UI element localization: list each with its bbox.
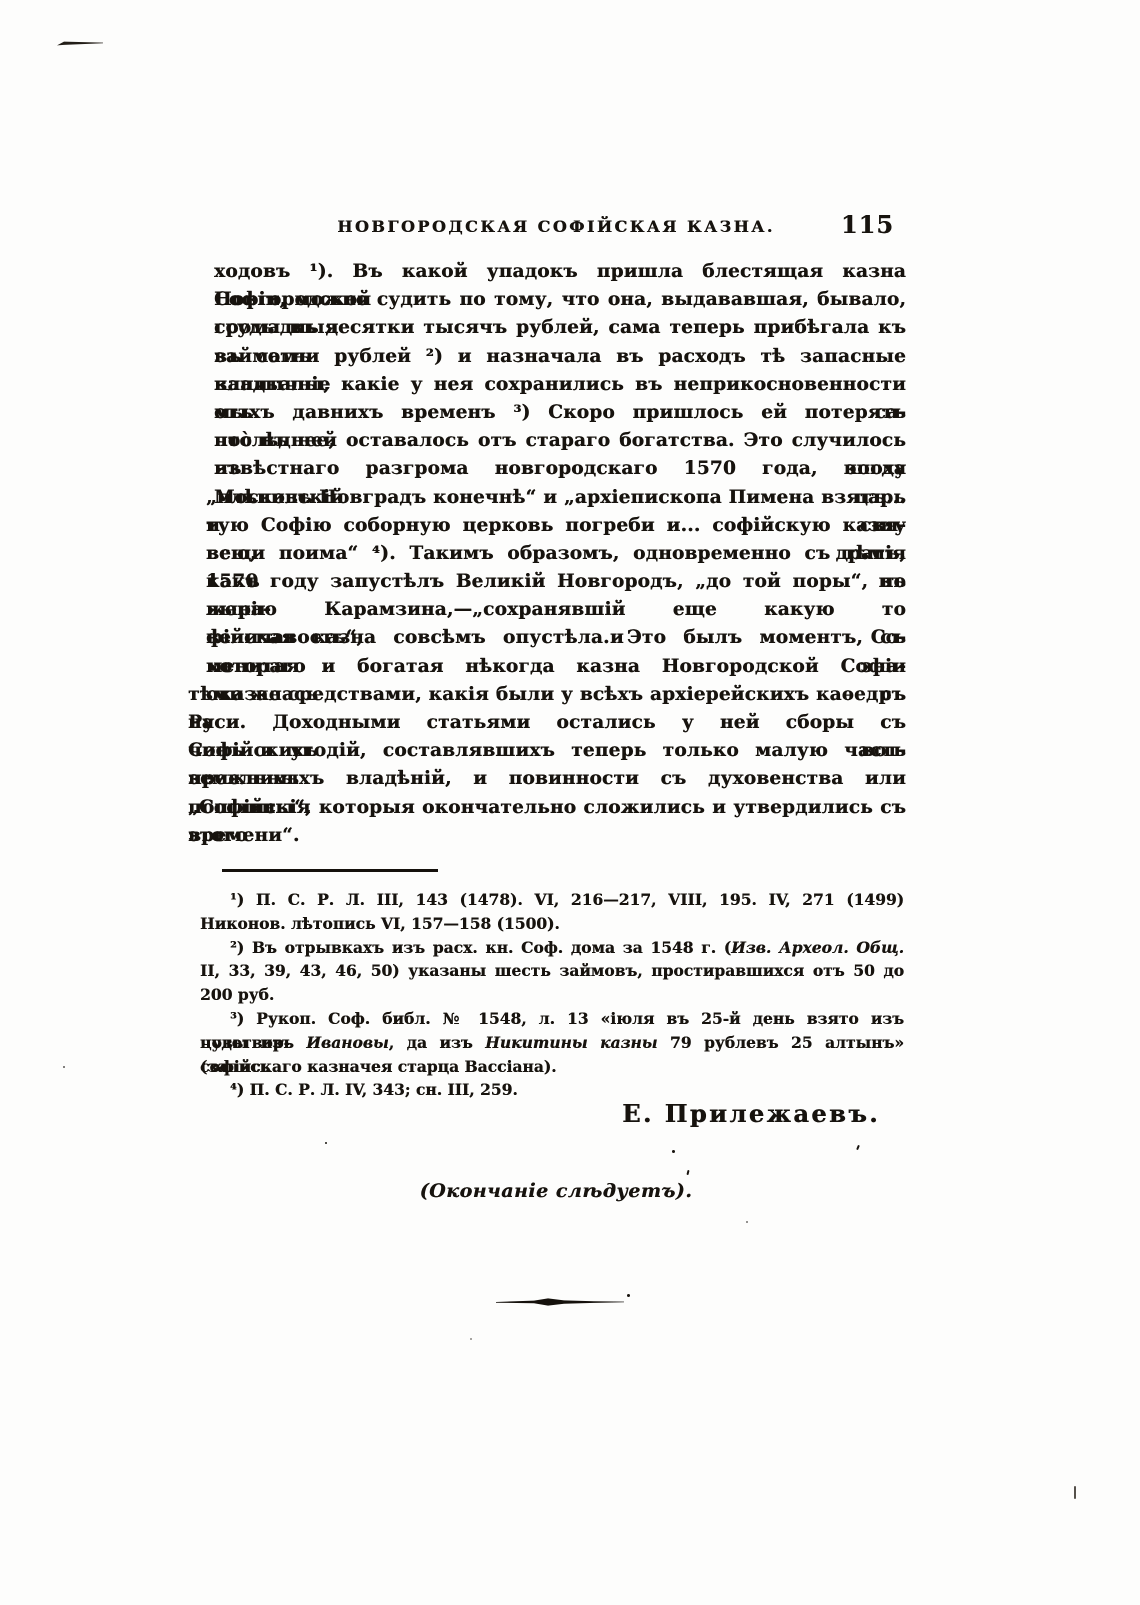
footnote-text: цовы изъ	[200, 1033, 306, 1052]
body-line: тѣми же средствами, какія были у всѣхъ а…	[188, 681, 906, 709]
page-edge-mark	[1074, 1486, 1076, 1499]
body-line: 1570 году запустѣлъ Великій Новгородъ, „…	[206, 568, 906, 596]
body-line: женію Карамзина,—„сохранявшій еще какую …	[206, 596, 906, 624]
footnote-line: софійскаго казначея старца Вассіана).	[200, 1055, 904, 1079]
footnotes-block: ¹) П. С. Р. Л. III, 143 (1478). VI, 216—…	[200, 888, 904, 1102]
body-line: вещи поима“ ⁴). Такимъ образомъ, одновре…	[206, 540, 906, 568]
page-number: 115	[841, 210, 894, 239]
scan-speck	[63, 1066, 65, 1068]
body-line: тую Софію соборную церковь погреби и... …	[206, 512, 906, 540]
body-line: чинъ и угодій, составлявшихъ теперь толь…	[188, 737, 906, 765]
footnote-line: II, 33, 39, 43, 46, 50) указаны шесть за…	[200, 959, 904, 983]
footnote-text-italic: Никитины казны	[485, 1033, 657, 1052]
body-line: пошлины“, которыя окончательно сложились…	[188, 794, 906, 822]
margin-dash-mark	[57, 32, 103, 51]
footnote-line: ¹) П. С. Р. Л. III, 143 (1478). VI, 216—…	[200, 888, 904, 912]
body-paragraph: ходовъ ¹). Въ какой упадокъ пришла блест…	[206, 258, 906, 850]
footnote-rule	[222, 869, 438, 872]
footnote-text-italic: Изв. Археол. Общ.	[731, 938, 904, 957]
scan-speck	[746, 1221, 748, 1223]
scanned-book-page: НОВГОРОДСКАЯ СОФІЙСКАЯ КАЗНА. 115 ходовъ…	[0, 0, 1140, 1605]
body-line: времени“.	[188, 822, 906, 850]
footnote-line: цовы изъ Ивановы, да изъ Никитины казны …	[200, 1031, 904, 1055]
running-title: НОВГОРОДСКАЯ СОФІЙСКАЯ КАЗНА.	[206, 212, 906, 236]
body-line: фійская казна совсѣмъ опустѣла. Это былъ…	[206, 624, 906, 652]
body-line: ходовъ ¹). Въ какой упадокъ пришла блест…	[214, 258, 906, 286]
scan-speck	[672, 1150, 675, 1153]
body-line: Руси. Доходными статьями остались у ней …	[188, 709, 906, 737]
scan-speck	[325, 1142, 327, 1144]
body-line: въ сотни рублей ²) и назначала въ расход…	[214, 343, 906, 371]
footnote-line: ³) Рукоп. Соф. библ. № 1548, л. 13 «іюля…	[200, 1007, 904, 1031]
footnote-line: Никонов. лѣтопись VI, 157—158 (1500).	[200, 912, 904, 936]
end-divider-ornament	[496, 1293, 626, 1312]
continuation-note: (Окончаніе слѣдуетъ).	[206, 1180, 906, 1202]
body-line: мыхъ давнихъ временъ ³) Скоро пришлось е…	[214, 399, 906, 427]
scan-speck	[470, 1338, 472, 1340]
body-line: извѣстнаго разгрома новгородскаго 1570 г…	[214, 455, 906, 483]
scan-speck	[686, 1170, 689, 1175]
body-line: ссуды въ десятки тысячъ рублей, сама теп…	[214, 314, 906, 342]
page-header: НОВГОРОДСКАЯ СОФІЙСКАЯ КАЗНА. 115	[206, 212, 906, 242]
body-line: Софіи, можно судить по тому, что она, вы…	[214, 286, 906, 314]
author-signature: Е. Прилежаевъ.	[206, 1099, 906, 1128]
body-line: „плѣнилъ Новградъ конечнѣ“ и „архіеписко…	[206, 484, 906, 512]
scan-speck	[627, 1294, 630, 1297]
footnote-text: , да изъ	[389, 1033, 485, 1052]
body-line: капиталы, какіе у нея сохранились въ неп…	[214, 371, 906, 399]
footnote-text: ²) Въ отрывкахъ изъ расх. кн. Соф. дома …	[230, 938, 731, 957]
footnote-line: ²) Въ отрывкахъ изъ расх. кн. Соф. дома …	[200, 936, 904, 960]
body-line: менитая и богатая нѣкогда казна Новгород…	[206, 653, 906, 681]
footnote-text-italic: Ивановы	[306, 1033, 388, 1052]
footnote-line: 200 руб.	[200, 983, 904, 1007]
body-line: земельныхъ владѣній, и повинности съ дух…	[188, 765, 906, 793]
body-line: что̀ въ ней оставалось отъ стараго богат…	[214, 427, 906, 455]
scan-speck	[856, 1145, 860, 1150]
